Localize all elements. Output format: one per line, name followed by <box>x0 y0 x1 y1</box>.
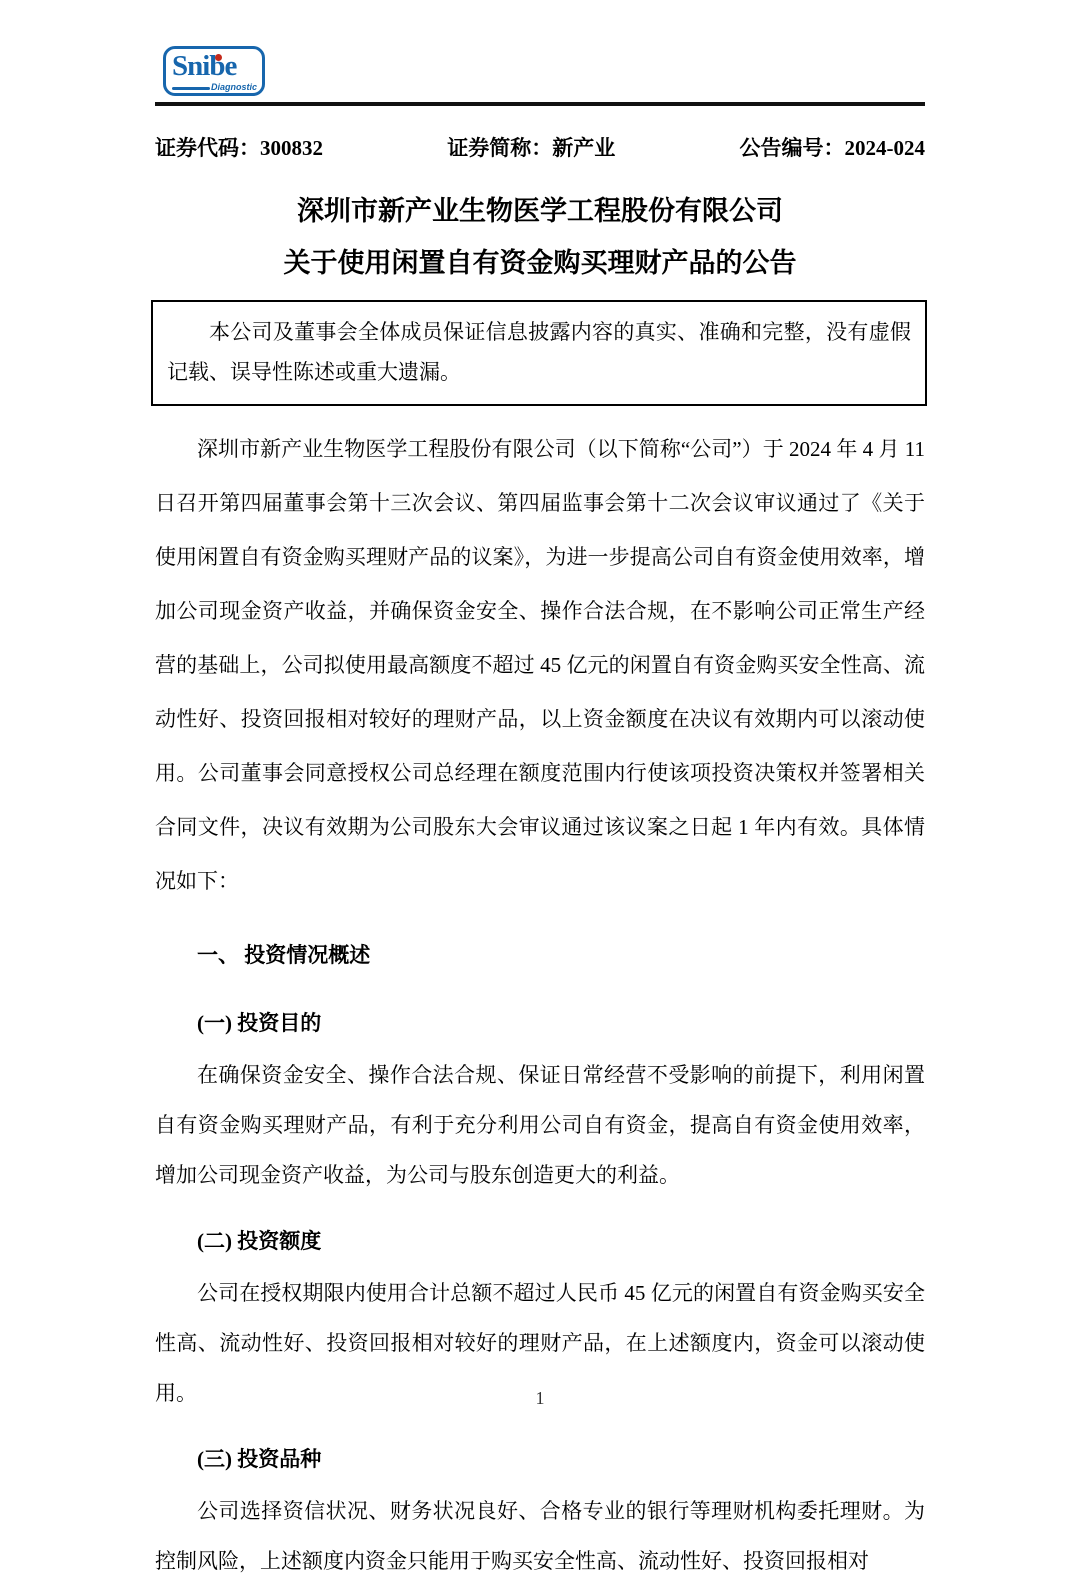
header-divider <box>155 102 925 106</box>
announcement-title: 关于使用闲置自有资金购买理财产品的公告 <box>155 248 925 278</box>
stock-name: 证券简称：新产业 <box>447 132 615 162</box>
stock-info-row: 证券代码：300832 证券简称：新产业 公告编号：2024-024 <box>155 132 925 162</box>
company-title: 深圳市新产业生物医学工程股份有限公司 <box>155 196 925 226</box>
page-number: 1 <box>0 1388 1080 1409</box>
subsection-heading-3: (三) 投资品种 <box>155 1432 925 1486</box>
snibe-logo: Snibe Diagnostic <box>163 46 265 96</box>
disclaimer-box: 本公司及董事会全体成员保证信息披露内容的真实、准确和完整，没有虚假记载、误导性陈… <box>151 300 927 406</box>
section-heading-1: 一、 投资情况概述 <box>155 928 925 982</box>
logo-swoosh-icon <box>172 87 210 90</box>
subsection-text-1: 在确保资金安全、操作合法合规、保证日常经营不受影响的前提下，利用闲置自有资金购买… <box>155 1050 925 1200</box>
announcement-page: Snibe Diagnostic 证券代码：300832 证券简称：新产业 公告… <box>0 0 1080 1520</box>
subsection-heading-1: (一) 投资目的 <box>155 996 925 1050</box>
intro-paragraph: 深圳市新产业生物医学工程股份有限公司（以下简称“公司”）于 2024 年 4 月… <box>155 422 925 908</box>
logo-red-dot-icon <box>215 54 222 61</box>
subsection-heading-2: (二) 投资额度 <box>155 1214 925 1268</box>
disclaimer-text: 本公司及董事会全体成员保证信息披露内容的真实、准确和完整，没有虚假记载、误导性陈… <box>167 312 911 392</box>
stock-code: 证券代码：300832 <box>155 132 323 162</box>
subsection-text-3: 公司选择资信状况、财务状况良好、合格专业的银行等理财机构委托理财。为控制风险，上… <box>155 1486 925 1586</box>
snibe-logo-subtext: Diagnostic <box>211 82 257 92</box>
announcement-number: 公告编号：2024-024 <box>740 132 926 162</box>
snibe-logo-text: Snibe <box>172 50 236 83</box>
